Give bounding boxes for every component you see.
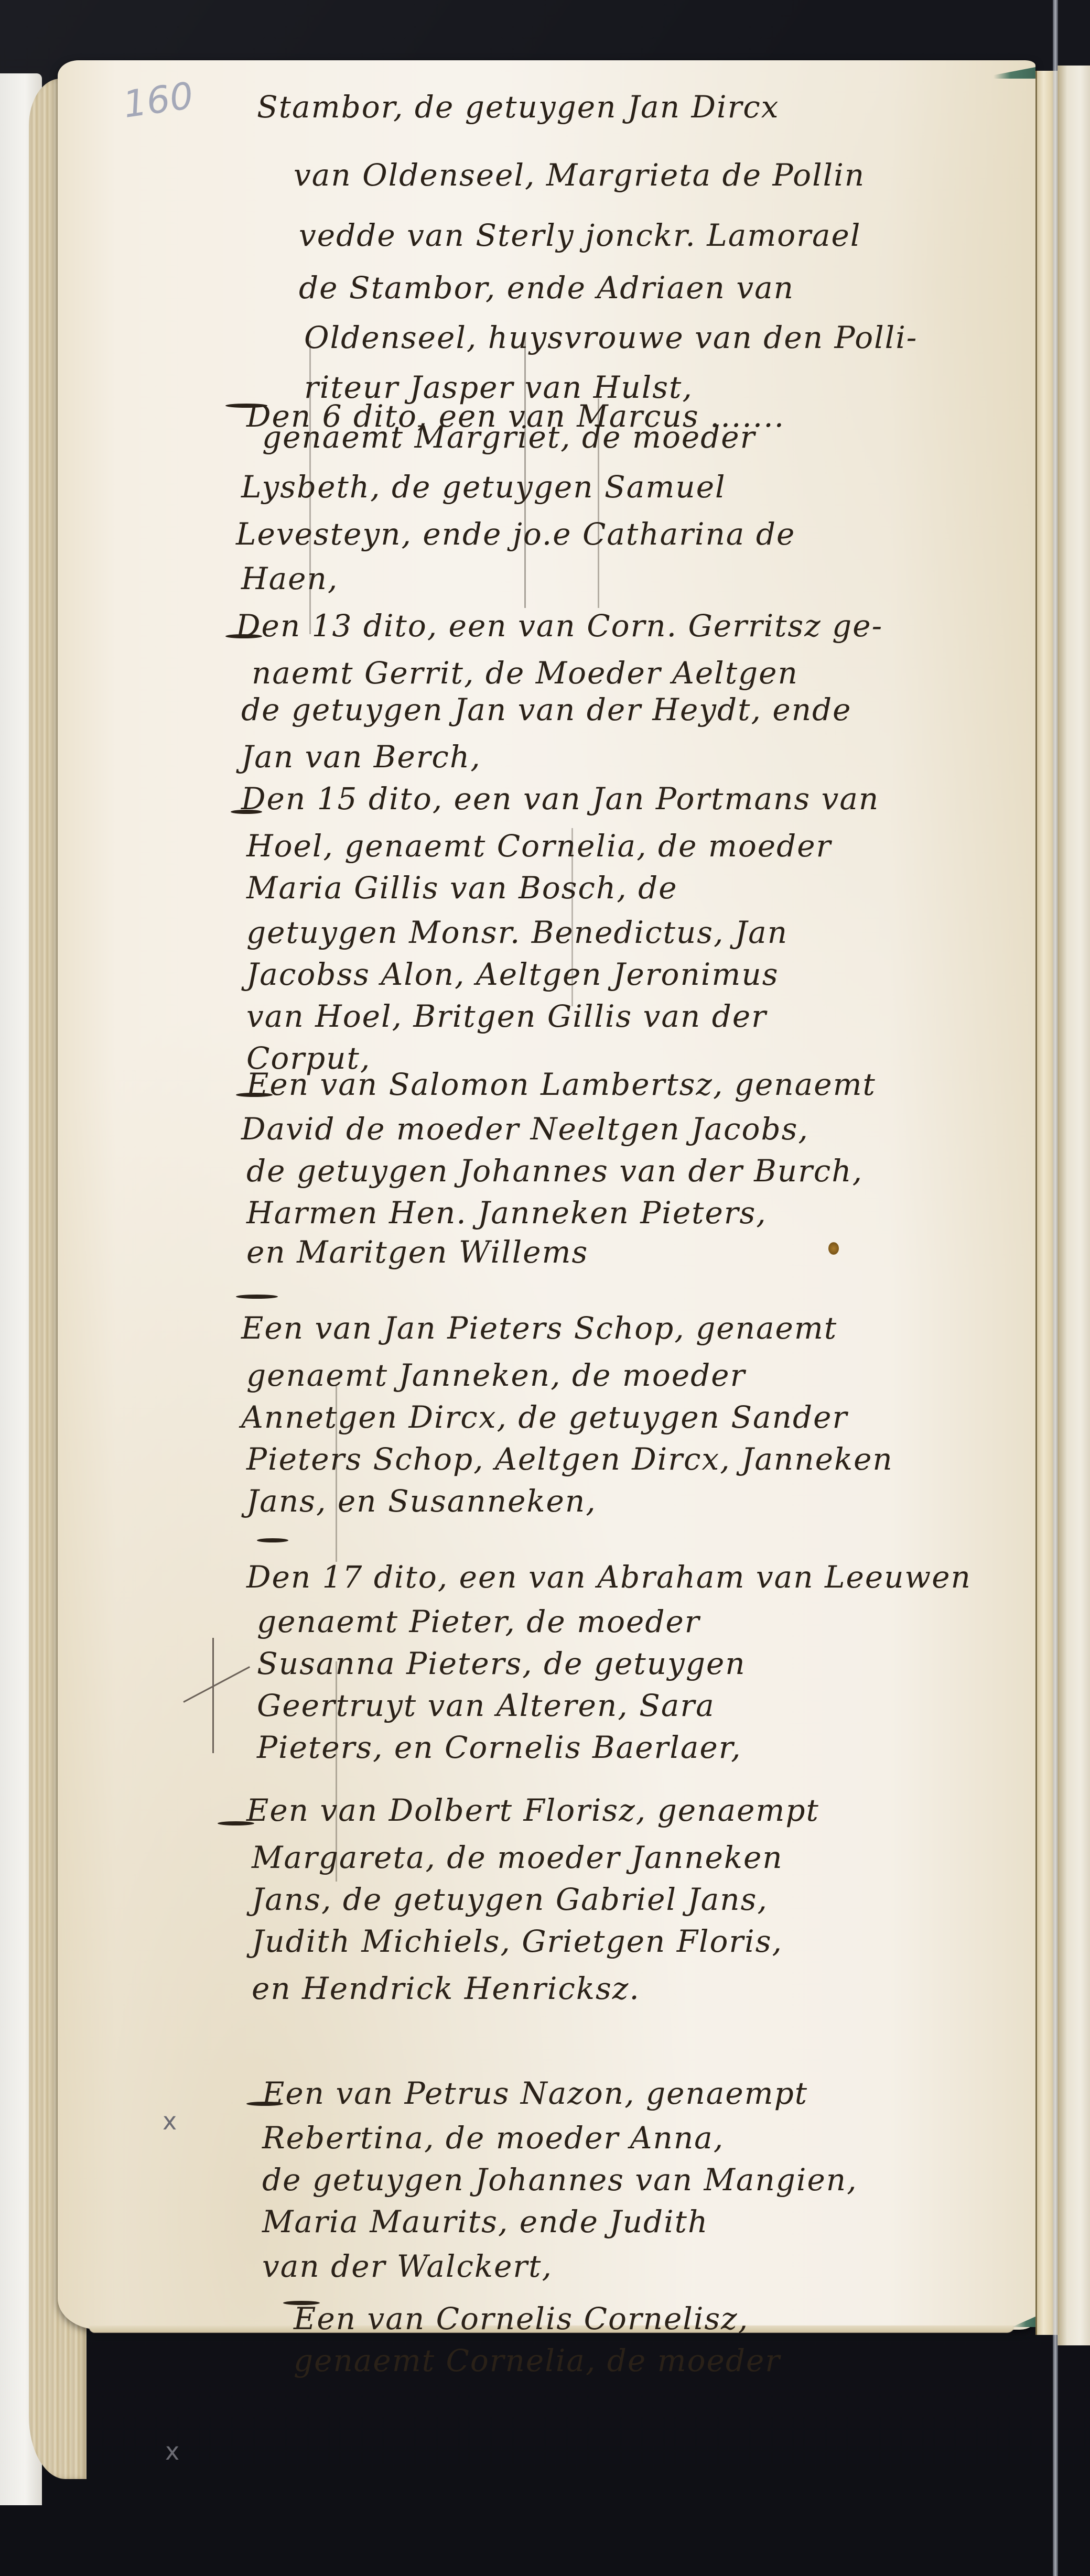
entry-line: Jans, de getuygen Gabriel Jans, [252, 1882, 768, 1917]
entry-line: Een van Salomon Lambertsz, genaemt [246, 1067, 876, 1102]
entry-line: Margareta, de moeder Janneken [252, 1840, 783, 1875]
entry-line: Een van Cornelis Cornelisz, [294, 2301, 749, 2336]
entry-line: van Oldenseel, Margrieta de Pollin [294, 157, 865, 193]
entry-line: de getuygen Jan van der Heydt, ende [241, 692, 852, 727]
entry-line: Rebertina, de moeder Anna, [262, 2120, 724, 2156]
entry-line: van der Walckert, [262, 2248, 553, 2284]
entry-line: en Hendrick Henricksz. [252, 1971, 640, 2006]
cross-vertical-stroke [212, 1638, 214, 1753]
entry-line: Pieters Schop, Aeltgen Dircx, Janneken [246, 1441, 893, 1477]
entry-line: Een van Petrus Nazon, genaempt [262, 2075, 808, 2111]
entry-line: van Hoel, Britgen Gillis van der [246, 998, 767, 1034]
entry-line: Hoel, genaemt Cornelia, de moeder [246, 828, 832, 864]
margin-x-mark: x [163, 2107, 177, 2135]
entry-line: Geertruyt van Alteren, Sara [257, 1688, 715, 1723]
margin-x-mark: x [165, 2437, 179, 2465]
entry-line: genaemt Janneken, de moeder [246, 1357, 746, 1393]
entry-line: getuygen Monsr. Benedictus, Jan [246, 915, 788, 950]
entry-line: Susanna Pieters, de getuygen [257, 1646, 746, 1681]
ink-stain [828, 1242, 839, 1255]
cross-diagonal-stroke [183, 1666, 250, 1703]
entry-line: de Stambor, ende Adriaen van [299, 270, 794, 306]
entry-line: Jans, en Susanneken, [246, 1483, 597, 1519]
entry-line: genaemt Cornelia, de moeder [294, 2343, 781, 2378]
entry-line: Jan van Berch, [241, 739, 481, 775]
entry-line: Een van Dolbert Florisz, genaempt [246, 1792, 819, 1828]
entry-line: Pieters, en Cornelis Baerlaer, [257, 1730, 742, 1765]
entry-line: Judith Michiels, Grietgen Floris, [252, 1923, 783, 1959]
entry-line: Maria Gillis van Bosch, de [246, 870, 678, 906]
entry-line: genaemt Margriet, de moeder [262, 419, 756, 455]
entry-line: Den 15 dito, een van Jan Portmans van [241, 781, 879, 817]
entry-line: Den 17 dito, een van Abraham van Leeuwen [246, 1559, 972, 1595]
entry-line: Lysbeth, de getuygen Samuel [241, 469, 726, 505]
entry-line: vedde van Sterly jonckr. Lamorael [299, 218, 861, 253]
margin-cross-mark [184, 1638, 241, 1753]
entry-line: de getuygen Johannes van der Burch, [246, 1153, 863, 1189]
entry-line: Jacobss Alon, Aeltgen Jeronimus [246, 957, 779, 992]
entry-line: Haen, [241, 561, 338, 596]
entry-line: Een van Jan Pieters Schop, genaemt [241, 1310, 837, 1346]
entry-line: Harmen Hen. Janneken Pieters, [246, 1195, 767, 1231]
entry-line: Levesteyn, ende jo.e Catharina de [236, 516, 795, 552]
entry-line: Maria Maurits, ende Judith [262, 2204, 708, 2240]
binding-gutter [1057, 66, 1090, 2345]
entry-flourish [257, 1538, 288, 1542]
entry-line: en Maritgen Willems [246, 1234, 588, 1270]
glass-holder-rod [1053, 0, 1058, 2576]
entry-line: Oldenseel, huysvrouwe van den Polli- [304, 320, 918, 355]
entry-line: de getuygen Johannes van Mangien, [262, 2162, 858, 2198]
entry-line: genaemt Pieter, de moeder [257, 1604, 700, 1639]
entry-line: David de moeder Neeltgen Jacobs, [241, 1111, 809, 1147]
entry-flourish [236, 1295, 278, 1299]
entry-line: Annetgen Dircx, de getuygen Sander [241, 1399, 848, 1435]
entry-line: naemt Gerrit, de Moeder Aeltgen [252, 655, 798, 691]
entry-line: Den 13 dito, een van Corn. Gerritsz ge- [236, 608, 883, 644]
entry-line: Stambor, de getuygen Jan Dircx [257, 89, 780, 125]
